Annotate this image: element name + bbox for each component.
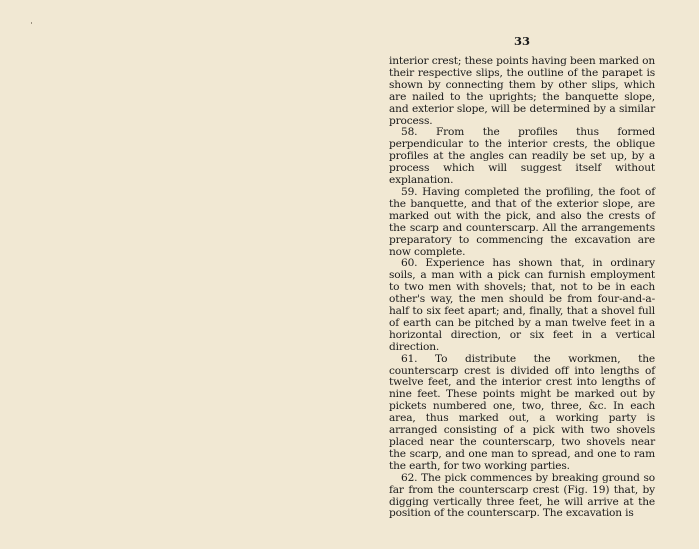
paragraph-61: 61. To distribute the workmen, the count… <box>389 354 655 473</box>
page-number: 33 <box>389 34 655 48</box>
paragraph-58: 58. From the profiles thus formed perpen… <box>389 127 655 187</box>
book-page: 33 interior crest; these points having b… <box>389 34 655 520</box>
paragraph-60: 60. Experience has shown that, in ordina… <box>389 258 655 353</box>
paragraph-62: 62. The pick commences by breaking groun… <box>389 473 655 521</box>
paragraph-59: 59. Having completed the profiling, the … <box>389 187 655 258</box>
paragraph-continuation: interior crest; these points having been… <box>389 56 655 127</box>
paper-speck <box>31 22 32 24</box>
